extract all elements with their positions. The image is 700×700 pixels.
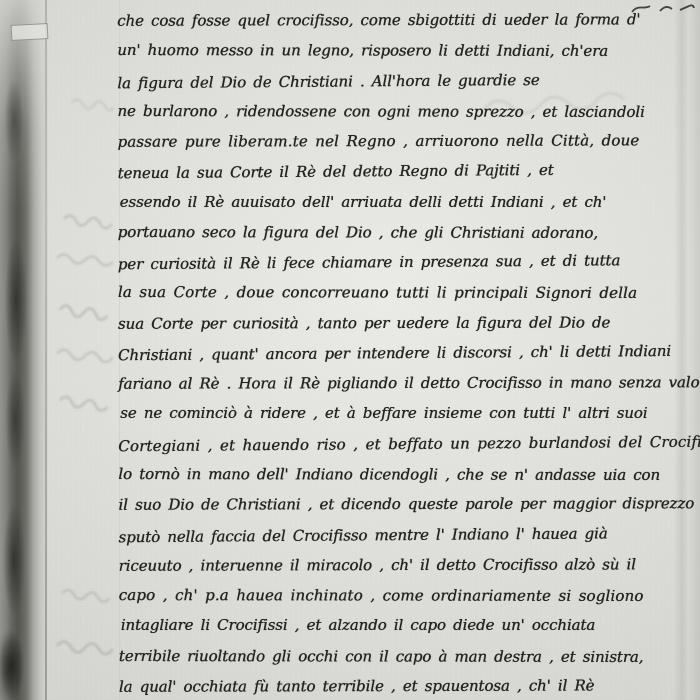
manuscript-line: la qual' occhiata fù tanto terribile , e… xyxy=(119,670,694,700)
manuscript-line: lo tornò in mano dell' Indiano dicendogl… xyxy=(118,459,693,490)
manuscript-line: capo , ch' p.a hauea inchinato , come or… xyxy=(119,580,694,611)
manuscript-line: teneua la sua Corte il Rè del detto Regn… xyxy=(117,154,692,189)
manuscript-line: per curiosità il Rè li fece chiamare in … xyxy=(118,245,693,280)
manuscript-line: il suo Dio de Christiani , et dicendo qu… xyxy=(118,488,693,520)
bottom-left-ink-smudge xyxy=(0,610,30,700)
bleed-through-ghost xyxy=(69,93,116,113)
manuscript-line: Christiani , quant' ancora per intendere… xyxy=(118,336,693,371)
bleed-through-ghost xyxy=(57,297,117,324)
manuscript-line: se ne cominciò à ridere , et à beffare i… xyxy=(120,398,695,428)
manuscript-scan-page: che cosa fosse quel crocifisso, come sbi… xyxy=(0,0,700,700)
manuscript-line: riceuuto , interuenne il miracolo , ch' … xyxy=(119,549,694,581)
manuscript-line: fariano al Rè . Hora il Rè pigliando il … xyxy=(118,367,693,399)
manuscript-line: essendo il Rè auuisato dell' arriuata de… xyxy=(120,187,695,217)
manuscript-line: Cortegiani , et hauendo riso , et beffat… xyxy=(118,426,693,461)
bleed-through-ghost xyxy=(54,342,115,365)
manuscript-line: portauano seco la figura del Dio , che g… xyxy=(118,217,693,248)
manuscript-line: sputò nella faccia del Crocifisso mentre… xyxy=(118,517,693,552)
top-left-paper-patch xyxy=(11,23,49,41)
manuscript-line: intagliare li Crocifissi , et alzando il… xyxy=(121,610,696,640)
manuscript-line: terribile riuoltando gli occhi con il ca… xyxy=(119,641,694,672)
bleed-through-ghost xyxy=(59,582,116,606)
manuscript-line: che cosa fosse quel crocifisso, come sbi… xyxy=(117,4,692,36)
page-edge-crease xyxy=(45,0,47,700)
bleed-through-ghost xyxy=(57,388,115,414)
manuscript-line: la figura del Dio de Christiani . All'ho… xyxy=(117,63,692,98)
manuscript-line: sua Corte per curiosità , tanto per uede… xyxy=(118,307,693,339)
manuscript-line: passare pure liberam.te nel Regno , arri… xyxy=(117,125,692,157)
manuscript-line: ne burlarono , ridendossene con ogni men… xyxy=(117,96,692,127)
book-binding-gutter xyxy=(0,0,48,700)
bleed-through-ghost xyxy=(54,633,115,657)
manuscript-line: la sua Corte , doue concorreuano tutti l… xyxy=(118,277,693,308)
bleed-through-ghost xyxy=(61,207,119,231)
manuscript-text-block: che cosa fosse quel crocifisso, come sbi… xyxy=(117,4,694,700)
manuscript-line: un' huomo messo in un legno, risposero l… xyxy=(117,35,692,66)
bleed-through-ghost xyxy=(54,248,115,270)
